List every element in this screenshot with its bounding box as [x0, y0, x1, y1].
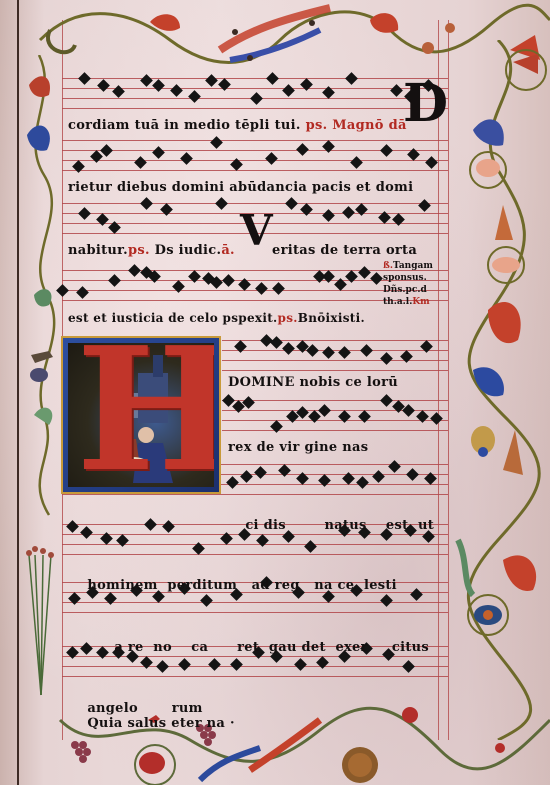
- staff-6: [222, 400, 448, 432]
- left-floral-border: [19, 55, 61, 745]
- lyric-line-9: a re no ca ret gau det exer citus: [95, 625, 429, 670]
- drop-cap-d: D: [403, 78, 448, 130]
- nativity-scene: H: [68, 343, 214, 487]
- lyric-line-4: est et iusticia de celo pspexit.ps.Bnōix…: [68, 311, 365, 325]
- lyric-text: Quia salus eter na ·: [87, 716, 235, 731]
- lyric-text: hominem perditum ad reg na ce lesti: [87, 578, 397, 593]
- manuscript-page: D cordiam tuā in medio tēpli tui. ps. Ma…: [0, 0, 550, 785]
- lyric-text: pspexit.: [223, 311, 278, 325]
- lyric-text: cordiam tuā in medio tēpli tui.: [68, 118, 301, 133]
- rubric: ā.: [221, 243, 235, 258]
- lyric-text: rex de vir gine nas: [228, 440, 368, 455]
- lyric-text: nabitur.: [68, 243, 128, 258]
- lyric-line-10: angelo rum Quia salus eter na ·: [68, 686, 235, 746]
- lyric-text: Bnōixisti.: [298, 311, 365, 325]
- marginal-rubric-note: ß.Tangam sponsus. Dñs.pc.d th.a.l.Km: [383, 260, 448, 308]
- lyric-line-3: nabitur.ps. Ds iudic.ā.: [68, 243, 235, 258]
- rubric: ps.: [278, 311, 298, 325]
- note-line: Dñs.pc.d: [383, 284, 448, 296]
- lyric-line-5: DOMINE nobis ce lorū: [228, 375, 398, 390]
- rubric: ps.: [128, 243, 150, 258]
- lyric-text: est et iusticia de celo: [68, 311, 218, 325]
- note-line: th.a.l.: [383, 297, 412, 307]
- lyric-text: eritas de terra orta: [272, 243, 417, 258]
- lyric-text: angelo rum: [87, 701, 202, 716]
- note-line: sponsus.: [383, 272, 448, 284]
- lyric-line-7: ci dis natus est ut: [226, 503, 434, 548]
- staff-2: [62, 140, 448, 172]
- drop-cap-v: V: [240, 210, 273, 252]
- rubric: Km: [412, 297, 429, 307]
- rubric: ā: [398, 118, 407, 133]
- lyric-line-2: rietur diebus domini abūdancia pacis et …: [68, 180, 413, 195]
- rubric: ß.: [383, 261, 393, 271]
- note-line: Tangam: [393, 261, 433, 271]
- lyric-text: rietur diebus domini abūdancia pacis et …: [68, 180, 413, 195]
- initial-letter-h: H: [76, 343, 214, 487]
- lyric-line-8: hominem perditum ad reg na ce lesti: [68, 563, 397, 608]
- lyric-line-3b: eritas de terra orta: [272, 243, 417, 258]
- lyric-text: DOMINE nobis ce lorū: [228, 375, 398, 390]
- lyric-text: a re no ca ret gau det exer citus: [114, 640, 429, 655]
- rubric: ps. Magnō d: [306, 118, 398, 133]
- lyric-line-1: cordiam tuā in medio tēpli tui. ps. Magn…: [68, 118, 407, 133]
- lyric-line-6: rex de vir gine nas: [228, 440, 368, 455]
- staff-1: [62, 78, 448, 110]
- lyric-text: Ds iudic.: [155, 243, 222, 258]
- right-floral-border: [448, 40, 550, 740]
- staff-5: [222, 340, 448, 372]
- illuminated-initial-nativity: H: [61, 336, 221, 494]
- lyric-text: ci dis natus est ut: [245, 518, 434, 533]
